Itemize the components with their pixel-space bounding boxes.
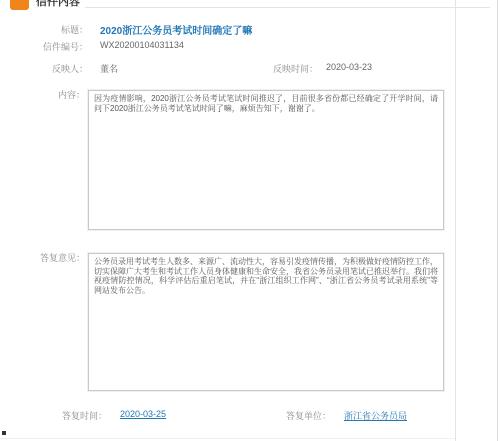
letter-no-value: WX20200104031134 <box>100 40 184 50</box>
header-divider <box>85 7 490 8</box>
reply-time-link[interactable]: 2020-03-25 <box>120 409 166 419</box>
reporter-row: 反映人： 董名 反映时间： 2020-03-23 <box>0 62 500 76</box>
reply-unit-link[interactable]: 浙江省公务员局 <box>344 409 407 422</box>
report-time-value: 2020-03-23 <box>326 62 372 72</box>
title-label: 标题： <box>0 23 88 36</box>
section-header: 信件内容 <box>0 0 500 10</box>
content-textarea[interactable]: 因为疫情影响，2020浙江公务员考试笔试时间推迟了，目前很多省份都已经确定了开学… <box>88 90 444 230</box>
reply-label: 答复意见： <box>0 251 85 264</box>
section-title: 信件内容 <box>36 0 80 9</box>
letter-no-row: 信件编号： WX20200104031134 <box>0 40 500 54</box>
reply-text: 公务员录用考试考生人数多、来源广、流动性大，容易引发疫情传播，为积极做好疫情防控… <box>89 254 443 298</box>
corner-artifact-dot <box>2 431 6 435</box>
letter-title-link[interactable]: 2020浙江公务员考试时间确定了嘛 <box>100 22 252 37</box>
mail-icon <box>10 0 29 10</box>
page-right-border <box>497 0 498 441</box>
title-row: 标题： 2020浙江公务员考试时间确定了嘛 <box>0 23 500 37</box>
reporter-value: 董名 <box>100 62 118 75</box>
reply-time-label: 答复时间： <box>0 409 107 422</box>
content-label: 内容： <box>0 88 85 101</box>
content-text: 因为疫情影响，2020浙江公务员考试笔试时间推迟了，目前很多省份都已经确定了开学… <box>89 91 443 116</box>
panel-right-border <box>455 0 456 441</box>
letter-no-label: 信件编号： <box>0 40 88 53</box>
report-time-label: 反映时间： <box>235 62 318 75</box>
reporter-label: 反映人： <box>0 62 88 75</box>
reply-meta-row: 答复时间： 2020-03-25 答复单位： 浙江省公务员局 <box>0 409 500 423</box>
letter-detail-page: 信件内容 标题： 2020浙江公务员考试时间确定了嘛 信件编号： WX20200… <box>0 0 500 441</box>
reply-textarea[interactable]: 公务员录用考试考生人数多、来源广、流动性大，容易引发疫情传播，为积极做好疫情防控… <box>88 253 444 391</box>
reply-unit-label: 答复单位： <box>265 409 331 422</box>
panel-bottom-border <box>0 438 455 439</box>
